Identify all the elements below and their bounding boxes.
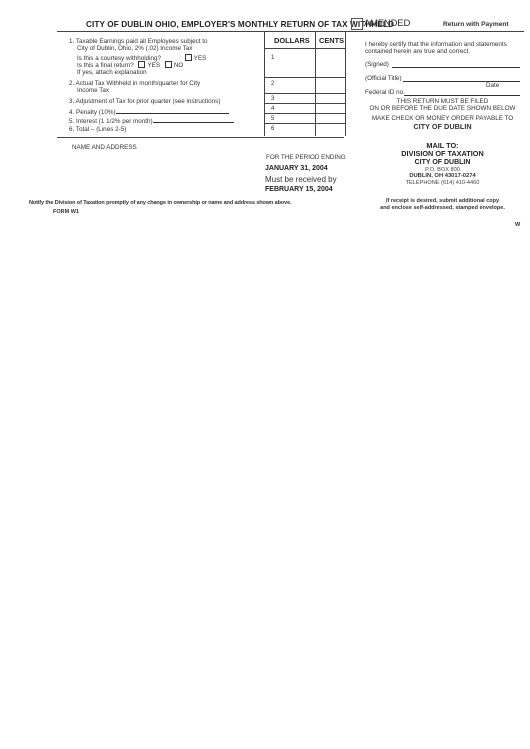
form-title: CITY OF DUBLIN OHIO, EMPLOYER'S MONTHLY … <box>86 20 394 29</box>
line-4-label: 4. Penalty (10%) <box>69 107 229 116</box>
certify-text-a: I hereby certify that the information an… <box>365 41 507 48</box>
notify-notice: Notify the Division of Taxation promptly… <box>29 200 292 206</box>
payable-notice-a: MAKE CHECK OR MONEY ORDER PAYABLE TO <box>355 115 530 122</box>
receipt-notice-a: If receipt is desired, submit additional… <box>355 198 530 205</box>
courtesy-yes-label: YES <box>194 55 207 62</box>
final-no-label: NO <box>174 62 183 69</box>
row-4-number: 4 <box>271 106 274 112</box>
amended-checkbox[interactable] <box>351 18 363 30</box>
line-5-text: 5. Interest (1 1/2% per month) <box>69 118 153 125</box>
mail-to-division: DIVISION OF TAXATION <box>355 150 530 158</box>
official-title-line[interactable] <box>403 81 520 82</box>
amount-table: DOLLARS CENTS 1 2 3 4 5 6 <box>264 32 346 136</box>
row-divider <box>265 77 345 78</box>
row-1-number: 1 <box>271 55 274 61</box>
row-divider <box>265 48 345 49</box>
filing-notice-b: ON OR BEFORE THE DUE DATE SHOWN BELOW <box>355 105 530 112</box>
receipt-notice-b: and enclose self-addressed, stamped enve… <box>355 205 530 212</box>
final-yes-label: YES <box>147 62 160 69</box>
line-2-text-b: Income Tax <box>69 87 200 94</box>
mail-to-block: MAIL TO: DIVISION OF TAXATION CITY OF DU… <box>355 142 530 186</box>
return-with-payment: Return with Payment <box>443 21 509 28</box>
final-yes-checkbox[interactable] <box>138 61 145 68</box>
due-date: FEBRUARY 15, 2004 <box>265 186 333 193</box>
row-5-number: 5 <box>271 116 274 122</box>
line-1-label: 1. Taxable Earnings paid all Employees s… <box>69 38 208 53</box>
final-no-checkbox[interactable] <box>165 61 172 68</box>
row-divider <box>265 93 345 94</box>
line-1-text-a: 1. Taxable Earnings paid all Employees s… <box>69 38 208 45</box>
receipt-notice: If receipt is desired, submit additional… <box>355 198 530 212</box>
official-title-label: (Official Title) <box>365 75 402 82</box>
row-divider <box>265 113 345 114</box>
payable-to: CITY OF DUBLIN <box>355 123 530 130</box>
line-1-text-b: City of Dublin, Ohio, 2% (.02) Income Ta… <box>69 45 208 52</box>
amended-label: AMENDED <box>364 18 410 29</box>
row-divider <box>265 123 345 124</box>
line-2-label: 2. Actual Tax Withheld in month/quarter … <box>69 80 200 95</box>
row-3-number: 3 <box>271 96 274 102</box>
explain-note: If yes, attach explanation <box>77 69 147 76</box>
mail-to-telephone: TELEPHONE (614) 410-4460 <box>355 180 530 187</box>
col-cents-header: CENTS <box>319 36 344 45</box>
line-5-blank[interactable] <box>153 116 234 123</box>
row-6-number: 6 <box>271 126 274 132</box>
final-question-text: Is this a final return? <box>77 62 134 69</box>
line-4-text: 4. Penalty (10%) <box>69 109 116 116</box>
row-2-number: 2 <box>271 81 274 87</box>
name-address-label: NAME AND ADDRESS <box>72 144 137 151</box>
row-divider <box>265 103 345 104</box>
federal-id-label: Federal ID no. <box>365 89 405 96</box>
line-2-text-a: 2. Actual Tax Withheld in month/quarter … <box>69 80 200 87</box>
mail-to-city: CITY OF DUBLIN <box>355 159 530 167</box>
certify-text: I hereby certify that the information an… <box>365 41 507 56</box>
signed-label: (Signed) <box>365 61 389 68</box>
date-label: Date <box>486 82 499 89</box>
line-5-label: 5. Interest (1 1/2% per month) <box>69 116 234 125</box>
must-be-received-label: Must be received by <box>265 175 337 184</box>
period-ending-label: FOR THE PERIOD ENDING <box>266 154 346 161</box>
table-bottom-rule <box>57 137 344 138</box>
line-4-blank[interactable] <box>116 107 229 114</box>
period-ending-date: JANUARY 31, 2004 <box>265 165 328 172</box>
certify-text-b: contained herein are true and correct. <box>365 48 507 55</box>
signed-line[interactable] <box>392 67 520 68</box>
federal-id-line[interactable] <box>404 95 520 96</box>
filing-notice: THIS RETURN MUST BE FILED ON OR BEFORE T… <box>355 98 530 113</box>
filing-notice-a: THIS RETURN MUST BE FILED <box>355 98 530 105</box>
form-id: FORM W1 <box>53 209 79 215</box>
payable-notice: MAKE CHECK OR MONEY ORDER PAYABLE TO CIT… <box>355 115 530 131</box>
col-dollars-header: DOLLARS <box>274 36 310 45</box>
courtesy-yes-checkbox[interactable] <box>185 54 192 61</box>
line-3-label: 3. Adjustment of Tax for prior quarter (… <box>69 98 220 105</box>
line-6-label: 6. Total – (Lines 2-5) <box>69 126 126 133</box>
corner-mark: W <box>515 222 520 228</box>
